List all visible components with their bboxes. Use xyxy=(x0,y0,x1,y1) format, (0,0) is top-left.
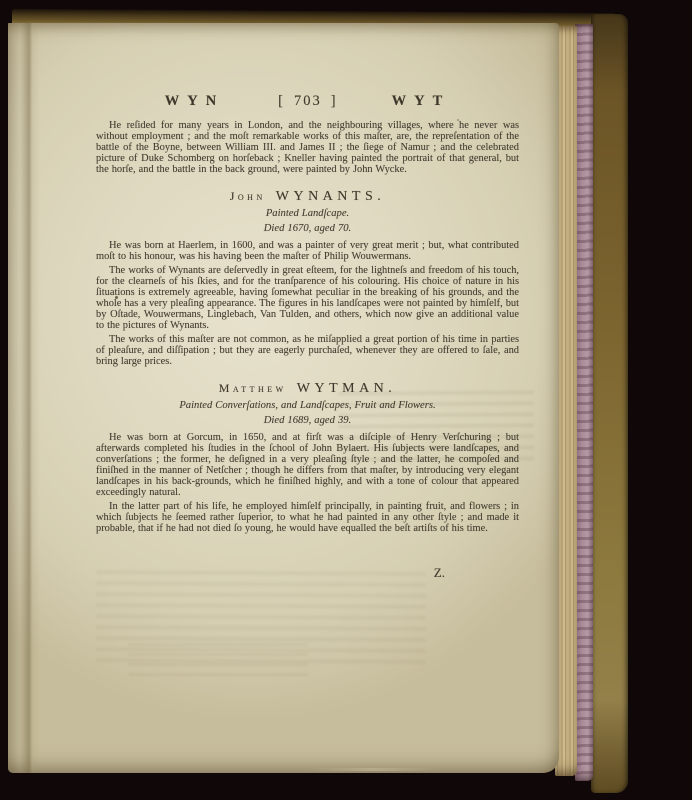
verso-showthrough xyxy=(96,570,426,668)
gutter-crease xyxy=(20,23,40,773)
intro-paragraph: He reſided for many years in London, and… xyxy=(96,120,519,175)
entry-wytman: MatthewWYTMAN. Painted Converſations, an… xyxy=(96,380,519,534)
entry-heading: JohnWYNANTS. xyxy=(96,188,519,206)
text-block: WYN [ 703 ] WYT He reſided for many year… xyxy=(96,93,519,578)
running-header-right: WYT xyxy=(392,93,451,109)
entry-surname: WYTMAN. xyxy=(297,381,397,396)
page-bottom-highlight xyxy=(308,768,438,771)
signature-mark: Z. xyxy=(96,567,519,578)
folio-bracket-right: ] xyxy=(331,93,338,109)
entry-subtitle: Painted Landſcape. xyxy=(96,207,519,221)
entry-subtitle: Painted Converſations, and Landſcapes, F… xyxy=(96,399,519,413)
entry-died-line: Died 1670, aged 70. xyxy=(96,222,519,236)
entry-heading: MatthewWYTMAN. xyxy=(96,380,519,398)
entry-died-line: Died 1689, aged 39. xyxy=(96,414,519,428)
running-header: WYN [ 703 ] WYT xyxy=(96,93,519,109)
running-header-left: WYN xyxy=(165,93,224,109)
folio-number: [ 703 ] xyxy=(278,93,337,109)
folio-bracket-left: [ xyxy=(278,93,285,109)
entry-paragraph: The works of this maſter are not common,… xyxy=(96,334,519,367)
verso-showthrough xyxy=(128,643,308,683)
book-cover-right-edge xyxy=(591,14,628,793)
book-page: WYN [ 703 ] WYT He reſided for many year… xyxy=(8,23,559,773)
entry-paragraph: The works of Wynants are deſervedly in g… xyxy=(96,265,519,331)
entry-paragraph: He was born at Haerlem, in 1600, and was… xyxy=(96,240,519,262)
entry-given-name: Matthew xyxy=(219,381,287,395)
entry-paragraph: In the latter part of his life, he emplo… xyxy=(96,501,519,534)
folio-page-number: 703 xyxy=(294,93,322,109)
marbled-page-edge xyxy=(575,24,593,781)
entry-given-name: John xyxy=(230,189,266,203)
entry-paragraph: He was born at Gorcum, in 1650, and at f… xyxy=(96,432,519,498)
entry-wynants: JohnWYNANTS. Painted Landſcape. Died 167… xyxy=(96,188,519,367)
entry-surname: WYNANTS. xyxy=(276,189,386,204)
